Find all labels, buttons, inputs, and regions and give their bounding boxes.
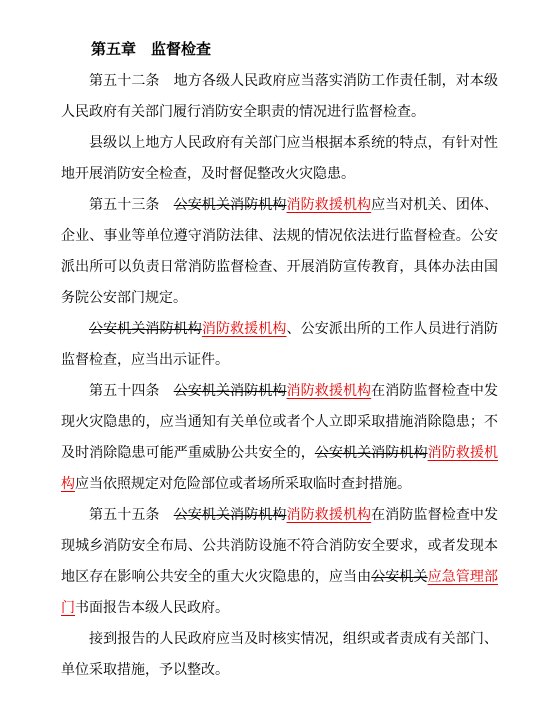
text-run: 应当依照规定对危险部位或者场所采取临时查封措施。 — [75, 477, 411, 492]
deleted-text: 公安机关消防机构 — [315, 446, 428, 461]
article-53-para-2: 公安机关消防机构消防救援机构、公安派出所的工作人员进行消防监督检查，应当出示证件… — [61, 314, 498, 376]
deleted-text: 公安机关消防机构 — [174, 508, 287, 523]
text-run: 接到报告的人民政府应当及时核实情况，组织或者责成有关部门、单位采取措施，予以整改… — [61, 632, 498, 678]
chapter-heading: 第五章 监督检查 — [61, 35, 498, 66]
inserted-text: 消防救援机构 — [202, 322, 287, 337]
article-53-para-1: 第五十三条 公安机关消防机构消防救援机构应当对机关、团体、企业、事业等单位遵守消… — [61, 190, 498, 314]
deleted-text: 公安机关 — [371, 570, 427, 585]
article-52-para-2: 县级以上地方人民政府有关部门应当根据本系统的特点，有针对性地开展消防安全检查，及… — [61, 128, 498, 190]
article-55-para-2: 接到报告的人民政府应当及时核实情况，组织或者责成有关部门、单位采取措施，予以整改… — [61, 624, 498, 686]
inserted-text: 消防救援机构 — [287, 384, 372, 399]
article-55-para-1: 第五十五条 公安机关消防机构消防救援机构在消防监督检查中发现城乡消防安全布局、公… — [61, 500, 498, 624]
text-run: 第五十三条 — [89, 198, 174, 213]
article-52-para-1: 第五十二条 地方各级人民政府应当落实消防工作责任制，对本级人民政府有关部门履行消… — [61, 66, 498, 128]
deleted-text: 公安机关消防机构 — [89, 322, 202, 337]
document-body: 第五十二条 地方各级人民政府应当落实消防工作责任制，对本级人民政府有关部门履行消… — [61, 66, 498, 686]
article-54-para-1: 第五十四条 公安机关消防机构消防救援机构在消防监督检查中发现火灾隐患的，应当通知… — [61, 376, 498, 500]
document-page: 第五章 监督检查 第五十二条 地方各级人民政府应当落实消防工作责任制，对本级人民… — [61, 35, 498, 686]
text-run: 第五十二条 地方各级人民政府应当落实消防工作责任制，对本级人民政府有关部门履行消… — [61, 74, 498, 120]
deleted-text: 公安机关消防机构 — [174, 384, 287, 399]
text-run: 书面报告本级人民政府。 — [75, 601, 229, 616]
deleted-text: 公安机关消防机构 — [174, 198, 287, 213]
inserted-text: 消防救援机构 — [287, 198, 372, 213]
text-run: 应当对机关、团体、企业、事业等单位遵守消防法律、法规的情况依法进行监督检查。公安… — [61, 198, 498, 306]
text-run: 第五十四条 — [89, 384, 174, 399]
text-run: 县级以上地方人民政府有关部门应当根据本系统的特点，有针对性地开展消防安全检查，及… — [61, 136, 498, 182]
text-run: 第五十五条 — [89, 508, 174, 523]
inserted-text: 消防救援机构 — [287, 508, 372, 523]
